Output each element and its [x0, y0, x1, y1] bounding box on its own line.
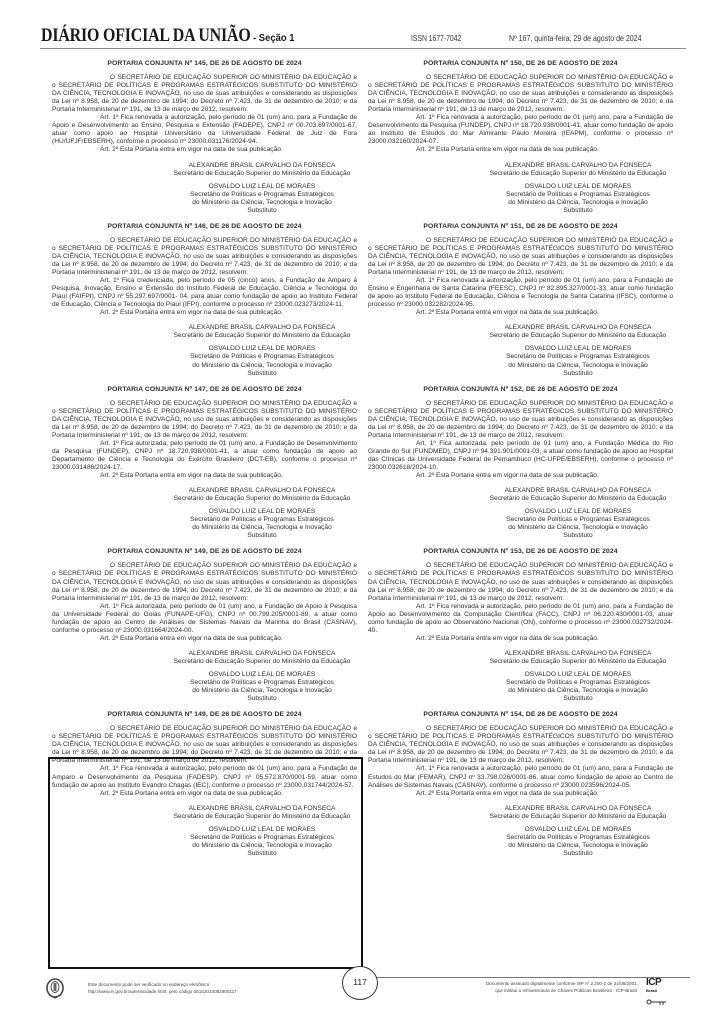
signature-1: ALEXANDRE BRASIL CARVALHO DA FONSECA Sec…	[167, 324, 357, 340]
page-footer: Este documento pode ser verificado no en…	[40, 968, 686, 1008]
portaria-147: PORTARIA CONJUNTA Nº 147, DE 26 DE AGOST…	[52, 386, 357, 541]
signature-2: OSVALDO LUIZ LEAL DE MORAES Secretário d…	[483, 671, 673, 703]
coat-of-arms-icon	[45, 977, 65, 999]
portaria-149-funape: PORTARIA CONJUNTA Nº 149, DE 26 DE AGOST…	[52, 548, 357, 703]
article-1: Art. 1º Fica renovada a autorização, pel…	[368, 114, 673, 146]
article-1: Art. 1º Fica renovada a autorização, pel…	[368, 765, 673, 789]
portaria-150: PORTARIA CONJUNTA Nº 150, DE 26 DE AGOST…	[368, 60, 673, 215]
signature-1: ALEXANDRE BRASIL CARVALHO DA FONSECA Sec…	[167, 487, 357, 503]
article-2: Art. 2º Esta Portaria entra em vigor na …	[368, 635, 673, 643]
article-1: Art. 1º Fica autorizada, pelo período de…	[368, 440, 673, 472]
portaria-title: PORTARIA CONJUNTA Nº 147, DE 26 DE AGOST…	[52, 386, 357, 394]
article-2: Art. 2º Esta Portaria entra em vigor na …	[52, 635, 357, 643]
article-2: Art. 2º Esta Portaria entra em vigor na …	[52, 309, 357, 317]
masthead-title: DIÁRIO OFICIAL DA UNIÃO	[41, 26, 251, 47]
preamble: O SECRETÁRIO DE EDUCAÇÃO SUPERIOR DO MIN…	[368, 237, 673, 277]
signature-1: ALEXANDRE BRASIL CARVALHO DA FONSECA Sec…	[483, 487, 673, 503]
verification-text: Este documento pode ser verificado no en…	[88, 981, 237, 995]
portaria-title: PORTARIA CONJUNTA Nº 152, DE 26 DE AGOST…	[368, 386, 673, 394]
article-1: Art. 1º Fica renovada a autorização, pel…	[368, 277, 673, 309]
article-1: Art. 1º Fica renovada a autorização, pel…	[368, 603, 673, 635]
signature-1: ALEXANDRE BRASIL CARVALHO DA FONSECA Sec…	[167, 650, 357, 666]
digital-signature-note: Documento assinado digitalmente conforme…	[486, 980, 638, 994]
footer-rule	[360, 977, 690, 978]
article-2: Art. 2º Esta Portaria entra em vigor na …	[368, 309, 673, 317]
signature-1: ALEXANDRE BRASIL CARVALHO DA FONSECA Sec…	[483, 324, 673, 340]
right-column: PORTARIA CONJUNTA Nº 150, DE 26 DE AGOST…	[368, 60, 673, 866]
signature-2: OSVALDO LUIZ LEAL DE MORAES Secretário d…	[483, 183, 673, 215]
preamble: O SECRETÁRIO DE EDUCAÇÃO SUPERIOR DO MIN…	[52, 562, 357, 602]
left-column: PORTARIA CONJUNTA Nº 145, DE 26 DE AGOST…	[52, 60, 357, 866]
preamble: O SECRETÁRIO DE EDUCAÇÃO SUPERIOR DO MIN…	[368, 400, 673, 440]
edition-date: Nº 167, quinta-feira, 29 de agosto de 20…	[509, 34, 642, 43]
portaria-title: PORTARIA CONJUNTA Nº 154, DE 26 DE AGOST…	[368, 711, 673, 719]
signature-2: OSVALDO LUIZ LEAL DE MORAES Secretário d…	[167, 345, 357, 377]
article-2: Art. 2º Esta Portaria entra em vigor na …	[52, 472, 357, 480]
signature-1: ALEXANDRE BRASIL CARVALHO DA FONSECA Sec…	[167, 162, 357, 178]
preamble: O SECRETÁRIO DE EDUCAÇÃO SUPERIOR DO MIN…	[52, 400, 357, 440]
article-1: Art. 1º Fica renovada a autorização, pel…	[52, 114, 357, 146]
page-number: 117	[342, 966, 378, 1000]
signature-2: OSVALDO LUIZ LEAL DE MORAES Secretário d…	[167, 508, 357, 540]
portaria-title: PORTARIA CONJUNTA Nº 149, DE 26 DE AGOST…	[52, 711, 357, 719]
article-2: Art. 2º Esta Portaria entra em vigor na …	[368, 472, 673, 480]
signature-1: ALEXANDRE BRASIL CARVALHO DA FONSECA Sec…	[483, 650, 673, 666]
article-1: Art. 1º Fica credenciada, pelo período d…	[52, 277, 357, 309]
preamble: O SECRETÁRIO DE EDUCAÇÃO SUPERIOR DO MIN…	[368, 74, 673, 114]
issn: ISSN 1677-7042	[411, 34, 461, 43]
article-2: Art. 2º Esta Portaria entra em vigor na …	[368, 146, 673, 154]
portaria-title: PORTARIA CONJUNTA Nº 146, DE 26 DE AGOST…	[52, 223, 357, 231]
signature-2: OSVALDO LUIZ LEAL DE MORAES Secretário d…	[167, 671, 357, 703]
portaria-151: PORTARIA CONJUNTA Nº 151, DE 26 DE AGOST…	[368, 223, 673, 378]
signature-2: OSVALDO LUIZ LEAL DE MORAES Secretário d…	[483, 826, 673, 858]
signature-1: ALEXANDRE BRASIL CARVALHO DA FONSECA Sec…	[483, 805, 673, 821]
portaria-title: PORTARIA CONJUNTA Nº 151, DE 26 DE AGOST…	[368, 223, 673, 231]
preamble: O SECRETÁRIO DE EDUCAÇÃO SUPERIOR DO MIN…	[52, 74, 357, 114]
article-2: Art. 2º Esta Portaria entra em vigor na …	[368, 790, 673, 798]
article-1: Art. 1º Fica autorizada, pelo período de…	[52, 603, 357, 635]
portaria-title: PORTARIA CONJUNTA Nº 145, DE 26 DE AGOST…	[52, 60, 357, 68]
page-header: DIÁRIO OFICIAL DA UNIÃO - Seção 1 ISSN 1…	[40, 24, 686, 49]
preamble: O SECRETÁRIO DE EDUCAÇÃO SUPERIOR DO MIN…	[368, 562, 673, 602]
preamble: O SECRETÁRIO DE EDUCAÇÃO SUPERIOR DO MIN…	[368, 725, 673, 765]
article-1: Art. 1º Fica autorizada, pelo período de…	[52, 440, 357, 472]
preamble: O SECRETÁRIO DE EDUCAÇÃO SUPERIOR DO MIN…	[52, 237, 357, 277]
signature-2: OSVALDO LUIZ LEAL DE MORAES Secretário d…	[483, 508, 673, 540]
portaria-146: PORTARIA CONJUNTA Nº 146, DE 26 DE AGOST…	[52, 223, 357, 378]
signature-1: ALEXANDRE BRASIL CARVALHO DA FONSECA Sec…	[483, 162, 673, 178]
portaria-154: PORTARIA CONJUNTA Nº 154, DE 26 DE AGOST…	[368, 711, 673, 858]
highlight-box	[48, 757, 363, 969]
portaria-153: PORTARIA CONJUNTA Nº 153, DE 26 DE AGOST…	[368, 548, 673, 703]
signature-2: OSVALDO LUIZ LEAL DE MORAES Secretário d…	[483, 345, 673, 377]
portaria-title: PORTARIA CONJUNTA Nº 153, DE 26 DE AGOST…	[368, 548, 673, 556]
signature-2: OSVALDO LUIZ LEAL DE MORAES Secretário d…	[167, 183, 357, 215]
portaria-152: PORTARIA CONJUNTA Nº 152, DE 26 DE AGOST…	[368, 386, 673, 541]
portaria-title: PORTARIA CONJUNTA Nº 149, DE 26 DE AGOST…	[52, 548, 357, 556]
icp-brasil-logo-icon: ICP Brasil	[646, 978, 672, 1004]
section-label: - Seção 1	[253, 32, 294, 44]
verification-link[interactable]: http://www.in.gov.br/autenticidade.html,…	[88, 988, 237, 995]
portaria-title: PORTARIA CONJUNTA Nº 150, DE 26 DE AGOST…	[368, 60, 673, 68]
article-2: Art. 2º Esta Portaria entra em vigor na …	[52, 146, 357, 154]
portaria-145: PORTARIA CONJUNTA Nº 145, DE 26 DE AGOST…	[52, 60, 357, 215]
